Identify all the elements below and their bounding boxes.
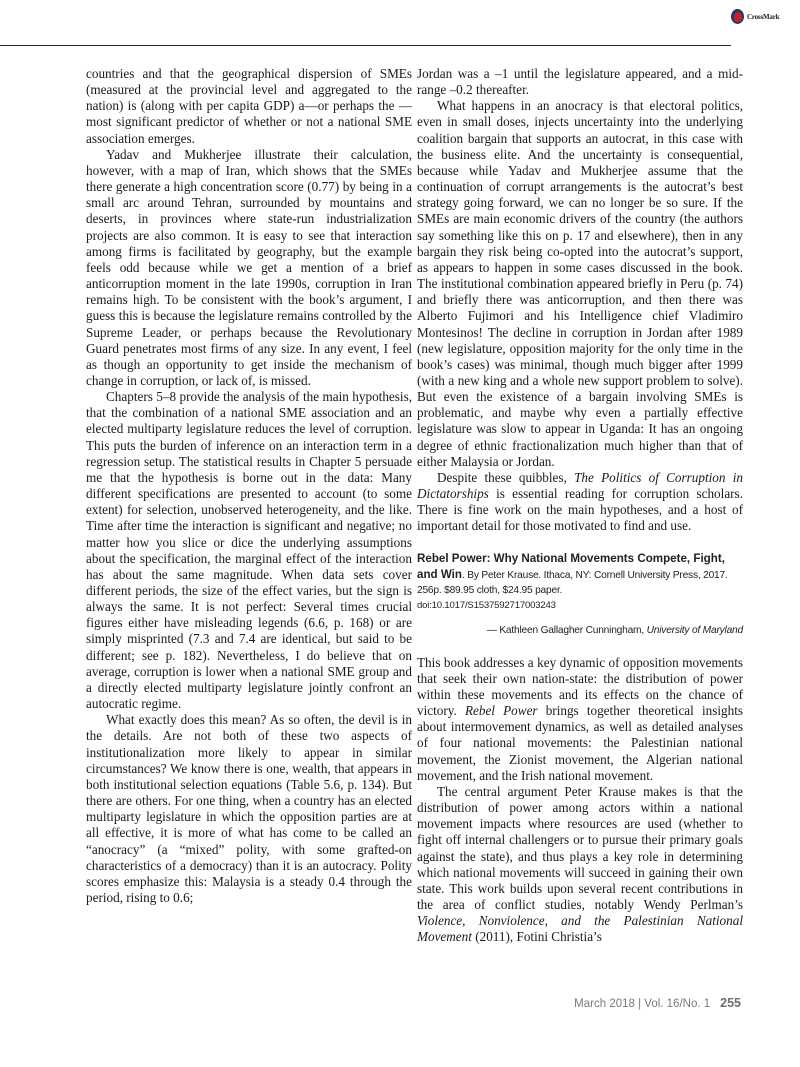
crossmark-icon	[731, 9, 744, 24]
header-rule	[0, 45, 731, 46]
page-number: 255	[720, 996, 741, 1010]
reviewer-name: — Kathleen Gallagher Cunningham,	[487, 625, 647, 636]
left-column: countries and that the geographical disp…	[86, 66, 412, 906]
review-book-meta: . By Peter Krause. Ithaca, NY: Cornell U…	[417, 570, 728, 596]
crossmark-button[interactable]: CrossMark	[731, 9, 779, 24]
paragraph: This book addresses a key dynamic of opp…	[417, 655, 743, 784]
paragraph: countries and that the geographical disp…	[86, 66, 412, 147]
book-title: Rebel Power	[465, 703, 538, 718]
paragraph: What exactly does this mean? As so often…	[86, 712, 412, 906]
paragraph: Jordan was a –1 until the legislature ap…	[417, 66, 743, 98]
paragraph: What happens in an anocracy is that elec…	[417, 98, 743, 470]
reviewer-credit: — Kathleen Gallagher Cunningham, Univers…	[417, 623, 743, 639]
review-heading: Rebel Power: Why National Movements Comp…	[417, 551, 743, 613]
paragraph: Despite these quibbles, The Politics of …	[417, 470, 743, 535]
paragraph: The central argument Peter Krause makes …	[417, 784, 743, 946]
reviewer-affiliation: University of Maryland	[647, 625, 743, 636]
text: The central argument Peter Krause makes …	[417, 784, 743, 912]
paragraph: Yadav and Mukherjee illustrate their cal…	[86, 147, 412, 389]
right-column: Jordan was a –1 until the legislature ap…	[417, 66, 743, 946]
page-footer: March 2018 | Vol. 16/No. 1255	[545, 996, 741, 1010]
review-doi-link[interactable]: doi:10.1017/S1537592717003243	[417, 598, 743, 613]
crossmark-label: CrossMark	[747, 13, 779, 21]
text: (2011), Fotini Christia’s	[472, 929, 602, 944]
text: Despite these quibbles,	[437, 470, 574, 485]
paragraph: Chapters 5–8 provide the analysis of the…	[86, 389, 412, 712]
issue-info: March 2018 | Vol. 16/No. 1	[574, 998, 710, 1010]
